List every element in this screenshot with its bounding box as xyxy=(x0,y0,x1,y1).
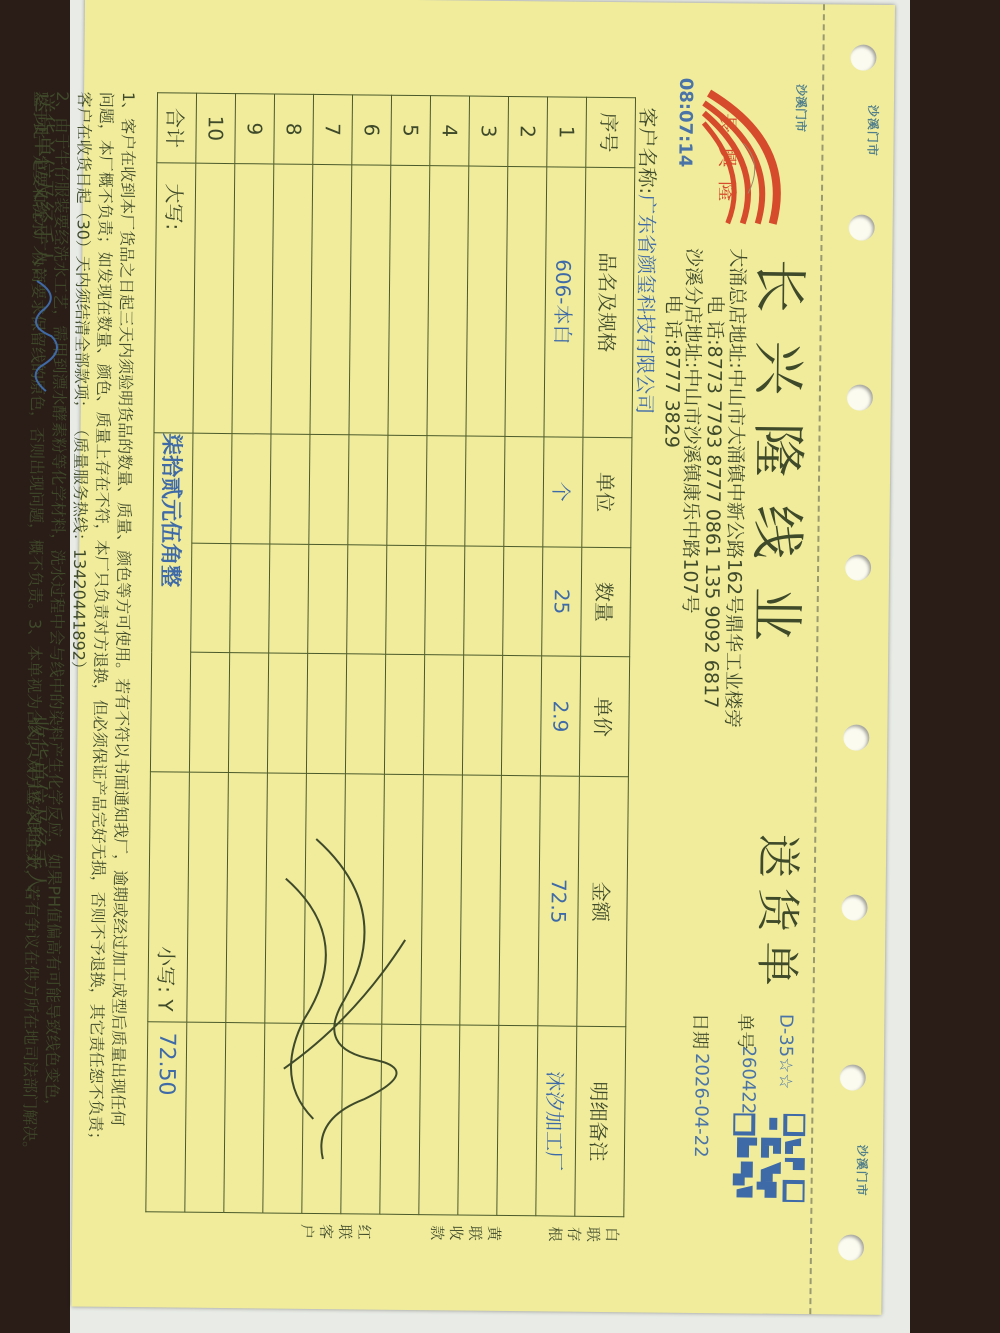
receiving-party-signature-label: 收货单位及经手人: xyxy=(22,716,55,900)
total-upper-label: 大写: xyxy=(154,163,196,433)
col-header-qty: 数量 xyxy=(581,547,631,657)
punch-hole xyxy=(838,1234,864,1260)
handwritten-initials-icon xyxy=(26,276,67,396)
date-value: 2026-04-22 xyxy=(690,1053,712,1158)
row-no: 7 xyxy=(313,94,353,164)
logo-brand-text: 長興隆 xyxy=(714,113,744,215)
qr-code-icon xyxy=(732,1113,805,1202)
row-remark: 沐汐加工厂 xyxy=(536,1026,577,1216)
customer-label: 客户名称: xyxy=(635,107,660,194)
row-price: 2.9 xyxy=(540,656,580,776)
perforated-strip: 沙溪门市 沙溪门市 xyxy=(809,4,895,1315)
row-no: 9 xyxy=(235,94,275,164)
total-lower-label: 小写: Y xyxy=(148,772,190,1022)
row-amount: 72.5 xyxy=(538,776,580,1026)
delivering-party-signature-label: 送货单位及经手人: xyxy=(28,91,61,275)
branch-phone: 电 话:8777 3829 xyxy=(659,295,688,448)
order-no-label: 单号 xyxy=(733,1013,759,1049)
col-header-item: 品名及规格 xyxy=(583,167,635,437)
strip-mark: 沙溪门市 xyxy=(864,105,882,157)
delivery-note-sheet: 沙溪门市 沙溪门市 沙溪门市 長興隆 08:07:14 长兴隆线业 送货单 大涌… xyxy=(71,0,895,1315)
print-time: 08:07:14 xyxy=(674,78,696,168)
row-no: 2 xyxy=(508,96,548,166)
col-header-no: 序号 xyxy=(586,97,636,167)
date-label: 日期 xyxy=(688,1013,714,1049)
row-no: 4 xyxy=(430,96,470,166)
branch-phone-label: 电 话: xyxy=(661,295,684,346)
row-no: 6 xyxy=(352,95,392,165)
strip-mark: 沙溪门市 xyxy=(854,1145,872,1197)
total-lower-value: 72.50 xyxy=(146,1022,187,1212)
punch-hole xyxy=(841,894,867,920)
col-header-price: 单价 xyxy=(579,657,629,777)
col-header-amount: 金额 xyxy=(577,777,629,1027)
row-no: 8 xyxy=(274,94,314,164)
total-label: 合计 xyxy=(157,93,197,163)
customer-name: 客户名称:广东省颜玺科技有限公司 xyxy=(632,107,664,414)
row-no: 3 xyxy=(469,96,509,166)
copy-label-yellow: 黄联收款 xyxy=(426,1222,502,1244)
col-header-remark: 明细备注 xyxy=(575,1026,626,1216)
signature-icon xyxy=(253,818,437,1180)
company-title: 长兴隆线业 xyxy=(741,258,822,669)
row-item: 606-本白 xyxy=(544,167,586,437)
punch-hole xyxy=(843,724,869,750)
punch-hole xyxy=(847,385,873,411)
punch-hole xyxy=(840,1064,866,1090)
col-header-unit: 单位 xyxy=(582,437,632,547)
row-qty: 25 xyxy=(542,546,582,656)
customer-value: 广东省颜玺科技有限公司 xyxy=(633,194,659,414)
copy-label-red: 红联客户 xyxy=(296,1221,372,1243)
form-code: D-35☆☆ xyxy=(775,1014,797,1090)
row-no: 5 xyxy=(391,95,431,165)
row-no: 10 xyxy=(196,93,236,163)
company-logo-icon xyxy=(693,83,805,234)
rotated-document-stage: 沙溪门市 沙溪门市 沙溪门市 長興隆 08:07:14 长兴隆线业 送货单 大涌… xyxy=(71,0,895,1315)
branch-phone-value: 8777 3829 xyxy=(660,345,683,448)
punch-hole xyxy=(849,215,875,241)
document-type-title: 送货单 xyxy=(749,834,815,997)
punch-hole xyxy=(845,555,871,581)
punch-hole xyxy=(850,45,876,71)
copy-label-white: 白联存根 xyxy=(544,1223,620,1245)
total-upper-value: 柒拾贰元伍角整 xyxy=(150,432,193,772)
row-no: 1 xyxy=(547,97,587,167)
row-unit: 个 xyxy=(543,437,583,547)
